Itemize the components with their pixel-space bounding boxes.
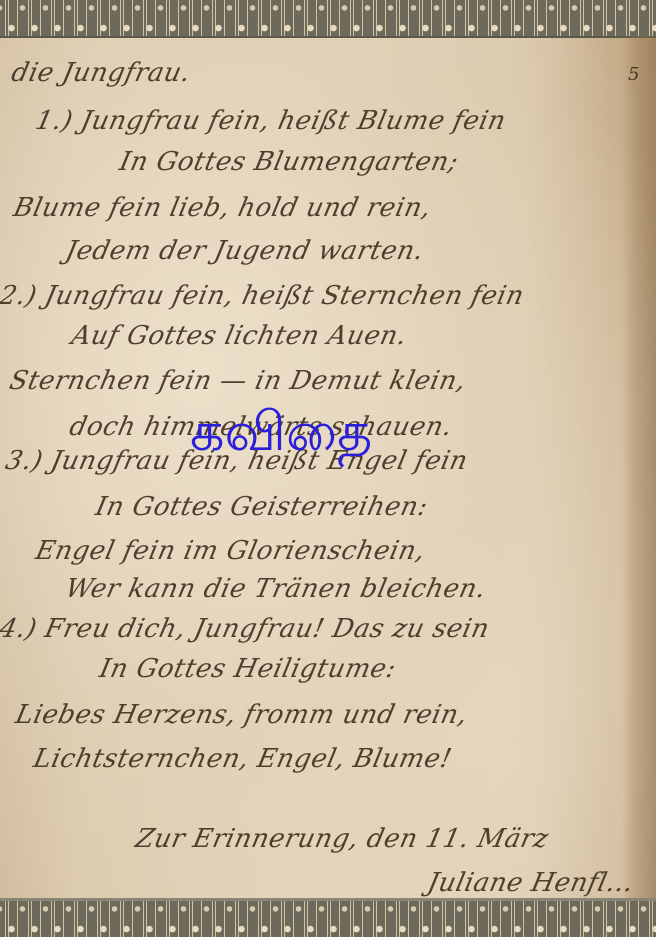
dedication-line: Zur Erinnerung, den 11. März [133, 824, 551, 854]
handwritten-line: 2.) Jungfrau fein, heißt Sternchen fein [0, 281, 527, 311]
page-number: 5 [628, 64, 639, 85]
handwritten-line: Jedem der Jugend warten. [63, 236, 427, 266]
manuscript-page: 5 die Jungfrau. 1.) Jungfrau fein, heißt… [0, 0, 656, 937]
handwritten-line: Blume fein lieb, hold und rein, [11, 193, 434, 223]
ornamental-border-bottom [0, 898, 656, 937]
tamil-title-overlay: கவிதை [190, 396, 450, 468]
paper-edge-stain [622, 36, 656, 901]
handwritten-line: Sternchen fein — in Demut klein, [7, 366, 469, 396]
handwritten-line: Wer kann die Tränen bleichen. [63, 574, 489, 604]
handwritten-line: Auf Gottes lichten Auen. [69, 321, 410, 351]
handwritten-line: 4.) Freu dich, Jungfrau! Das zu sein [0, 614, 492, 644]
handwritten-line: 1.) Jungfrau fein, heißt Blume fein [33, 106, 509, 136]
handwritten-line: In Gottes Blumengarten; [117, 147, 461, 177]
heading-line: die Jungfrau. [9, 58, 194, 88]
ornamental-border-top [0, 0, 656, 38]
handwritten-line: Liebes Herzens, fromm und rein, [13, 700, 471, 730]
handwritten-line: In Gottes Heiligtume: [97, 654, 399, 684]
signature-line: Juliane Henfl... [425, 868, 637, 898]
handwritten-line: In Gottes Geisterreihen: [93, 492, 431, 522]
handwritten-line: Lichtsternchen, Engel, Blume! [31, 744, 455, 774]
handwritten-line: Engel fein im Glorienschein, [33, 536, 428, 566]
